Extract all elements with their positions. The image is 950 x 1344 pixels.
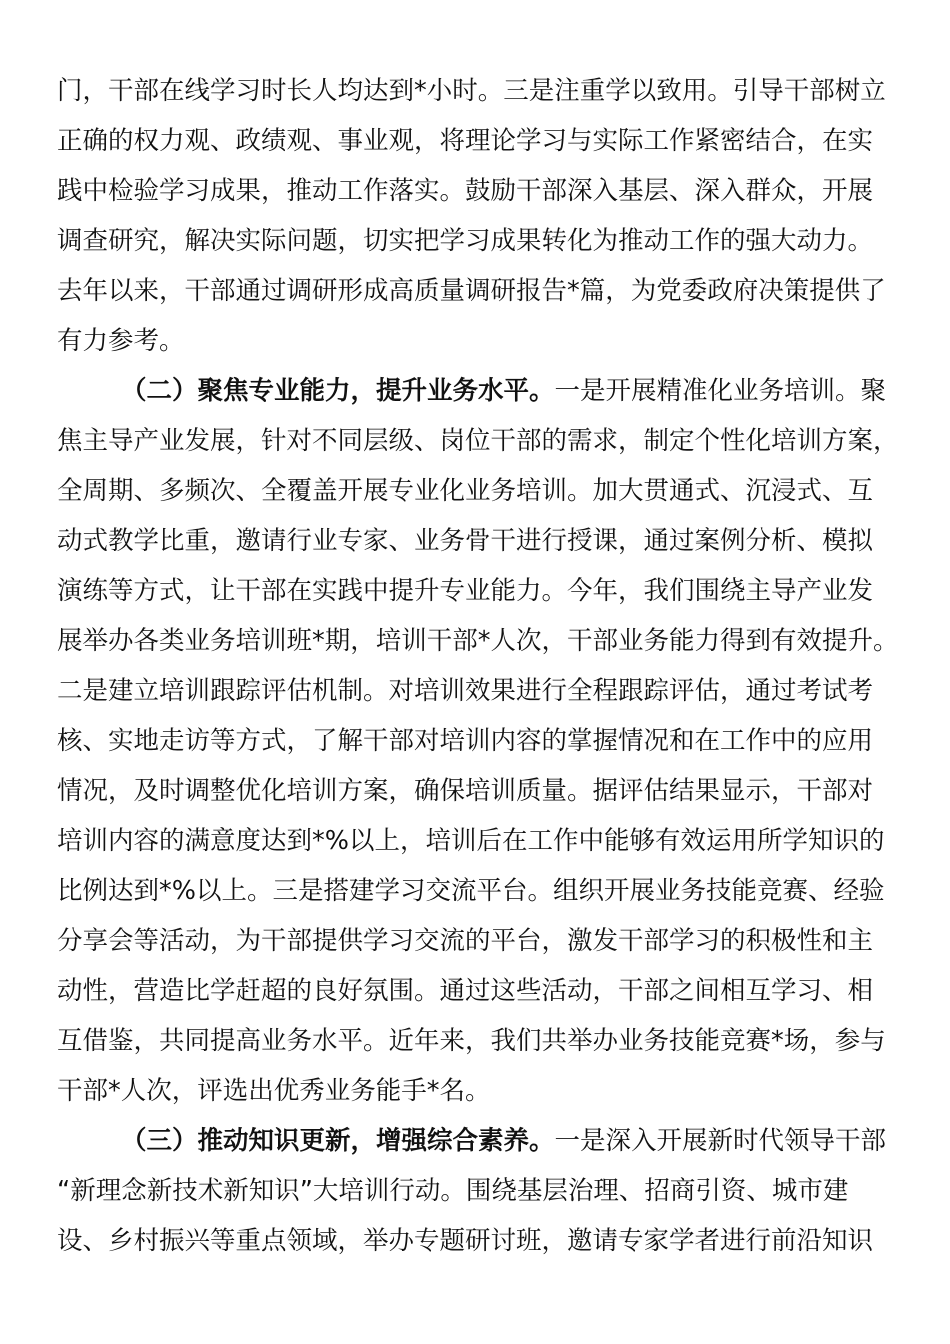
text-span: 一是深入开展新时代领导干部 [555, 1126, 887, 1156]
document-page: 门，干部在线学习时长人均达到*小时。三是注重学以致用。引导干部树立 正确的权力观… [57, 66, 897, 1266]
text-line: 情况，及时调整优化培训方案，确保培训质量。据评估结果显示，干部对 [57, 766, 897, 816]
paragraph-first-line: （三）推动知识更新，增强综合素养。一是深入开展新时代领导干部 [57, 1116, 897, 1166]
text-line: 互借鉴，共同提高业务水平。近年来，我们共举办业务技能竞赛*场，参与 [57, 1016, 897, 1066]
text-line: 干部*人次，评选出优秀业务能手*名。 [57, 1066, 897, 1116]
paragraph-3: （三）推动知识更新，增强综合素养。一是深入开展新时代领导干部 “新理念新技术新知… [57, 1116, 897, 1266]
text-line: 全周期、多频次、全覆盖开展专业化业务培训。加大贯通式、沉浸式、互 [57, 466, 897, 516]
text-line: 动性，营造比学赶超的良好氛围。通过这些活动，干部之间相互学习、相 [57, 966, 897, 1016]
text-line: 焦主导产业发展，针对不同层级、岗位干部的需求，制定个性化培训方案， [57, 416, 897, 466]
text-line: 演练等方式，让干部在实践中提升专业能力。今年，我们围绕主导产业发 [57, 566, 897, 616]
paragraph-first-line: （二）聚焦专业能力，提升业务水平。一是开展精准化业务培训。聚 [57, 366, 897, 416]
text-span: 一是开展精准化业务培训。聚 [555, 376, 887, 406]
paragraph-1: 门，干部在线学习时长人均达到*小时。三是注重学以致用。引导干部树立 正确的权力观… [57, 66, 897, 366]
text-line: “新理念新技术新知识”大培训行动。围绕基层治理、招商引资、城市建 [57, 1166, 897, 1216]
text-line: 设、乡村振兴等重点领域，举办专题研讨班，邀请专家学者进行前沿知识 [57, 1216, 897, 1266]
text-line: 门，干部在线学习时长人均达到*小时。三是注重学以致用。引导干部树立 [57, 66, 897, 116]
section-heading: （二）聚焦专业能力，提升业务水平。 [121, 376, 555, 406]
text-line: 二是建立培训跟踪评估机制。对培训效果进行全程跟踪评估，通过考试考 [57, 666, 897, 716]
text-line: 展举办各类业务培训班*期，培训干部*人次，干部业务能力得到有效提升。 [57, 616, 897, 666]
text-line: 正确的权力观、政绩观、事业观，将理论学习与实际工作紧密结合，在实 [57, 116, 897, 166]
text-line: 分享会等活动，为干部提供学习交流的平台，激发干部学习的积极性和主 [57, 916, 897, 966]
text-line: 调查研究，解决实际问题，切实把学习成果转化为推动工作的强大动力。 [57, 216, 897, 266]
text-line: 核、实地走访等方式，了解干部对培训内容的掌握情况和在工作中的应用 [57, 716, 897, 766]
text-line: 培训内容的满意度达到*%以上，培训后在工作中能够有效运用所学知识的 [57, 816, 897, 866]
text-line: 践中检验学习成果，推动工作落实。鼓励干部深入基层、深入群众，开展 [57, 166, 897, 216]
paragraph-2: （二）聚焦专业能力，提升业务水平。一是开展精准化业务培训。聚 焦主导产业发展，针… [57, 366, 897, 1116]
text-line: 比例达到*%以上。三是搭建学习交流平台。组织开展业务技能竞赛、经验 [57, 866, 897, 916]
text-line: 有力参考。 [57, 316, 897, 366]
text-line: 动式教学比重，邀请行业专家、业务骨干进行授课，通过案例分析、模拟 [57, 516, 897, 566]
section-heading: （三）推动知识更新，增强综合素养。 [121, 1126, 555, 1156]
text-line: 去年以来，干部通过调研形成高质量调研报告*篇，为党委政府决策提供了 [57, 266, 897, 316]
